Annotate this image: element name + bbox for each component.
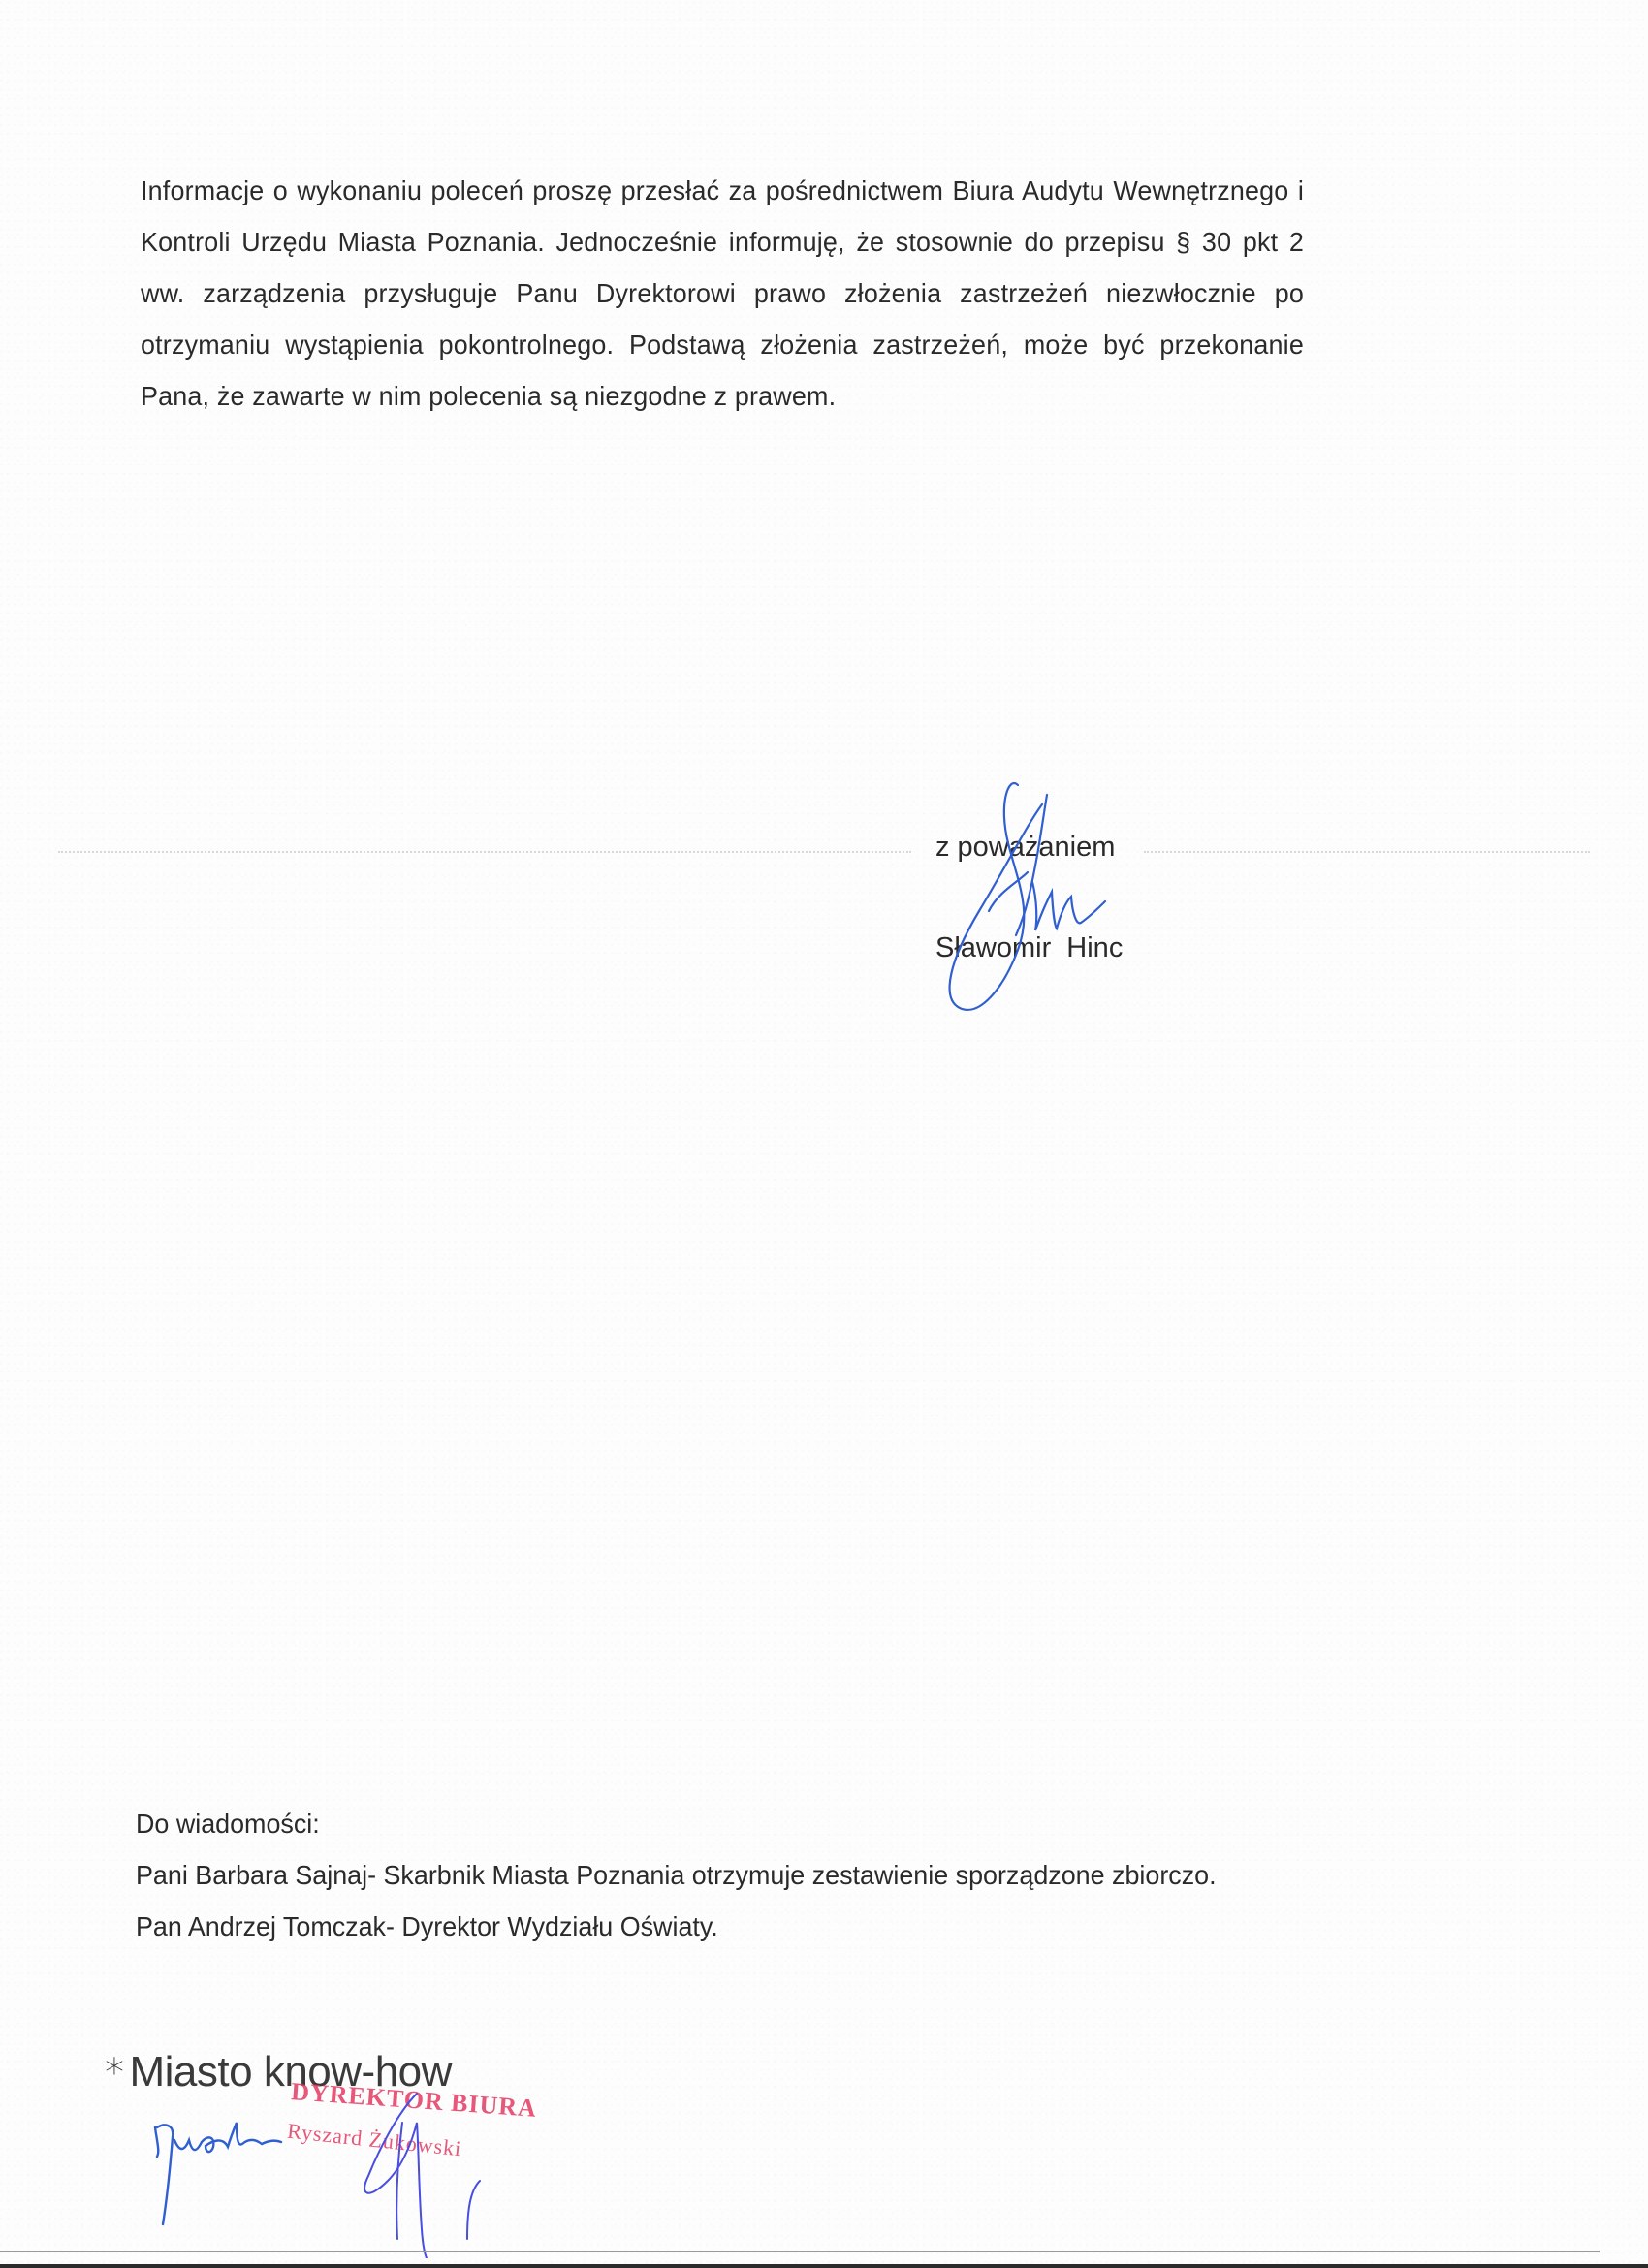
asterisk-icon: * — [105, 2051, 124, 2095]
approval-signatures — [136, 2084, 523, 2258]
signature-guide-line-left — [58, 851, 911, 855]
handwritten-signature — [872, 766, 1260, 1037]
scanner-bottom-band — [0, 2264, 1648, 2268]
body-paragraph: Informacje o wykonaniu poleceń proszę pr… — [141, 165, 1304, 422]
distribution-heading: Do wiadomości: — [136, 1798, 1217, 1849]
recipient-item: Pani Barbara Sajnaj- Skarbnik Miasta Poz… — [136, 1849, 1217, 1901]
letter-body: Informacje o wykonaniu poleceń proszę pr… — [141, 165, 1304, 422]
page-edge-line — [0, 2251, 1600, 2252]
recipient-item: Pan Andrzej Tomczak- Dyrektor Wydziału O… — [136, 1901, 1217, 1952]
distribution-list: Do wiadomości: Pani Barbara Sajnaj- Skar… — [136, 1798, 1217, 1952]
